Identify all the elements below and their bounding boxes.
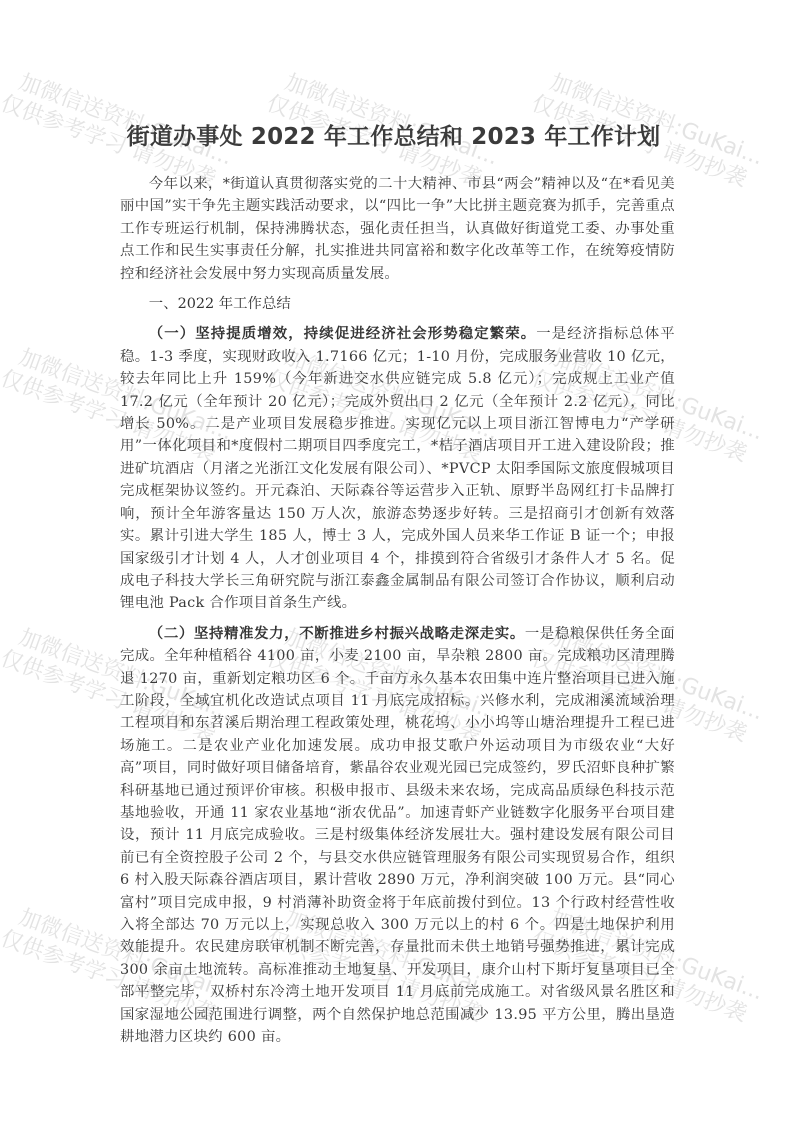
document-body: 街道办事处 2022 年工作总结和 2023 年工作计划 今年以来，*街道认真贯…	[120, 118, 675, 1048]
section-paragraph-1: （一）坚持提质增效，持续促进经济社会形势稳定繁荣。一是经济指标总体平稳。1-3 …	[120, 323, 675, 614]
paragraph-body: 一是经济指标总体平稳。1-3 季度，实现财政收入 1.7166 亿元；1-10 …	[120, 326, 675, 611]
intro-paragraph: 今年以来，*街道认真贯彻落实党的二十大精神、市县“两会”精神以及“在*看见美丽中…	[120, 173, 675, 285]
paragraph-body: 一是稳粮保供任务全面完成。全年种植稻谷 4100 亩，小麦 2100 亩，旱杂粮…	[120, 626, 675, 1045]
paragraph-lead: （一）坚持提质增效，持续促进经济社会形势稳定繁荣。	[149, 326, 537, 342]
paragraph-lead: （二）坚持精准发力，不断推进乡村振兴战略走深走实。	[149, 626, 525, 642]
section-heading: 一、2022 年工作总结	[120, 293, 675, 315]
document-title: 街道办事处 2022 年工作总结和 2023 年工作计划	[112, 118, 675, 151]
document-page: 加微信送资料:GuKai...仅供参考学习 请勿抄袭 加微信送资料:GuKai.…	[0, 0, 793, 1122]
section-paragraph-2: （二）坚持精准发力，不断推进乡村振兴战略走深走实。一是稳粮保供任务全面完成。全年…	[120, 623, 675, 1049]
